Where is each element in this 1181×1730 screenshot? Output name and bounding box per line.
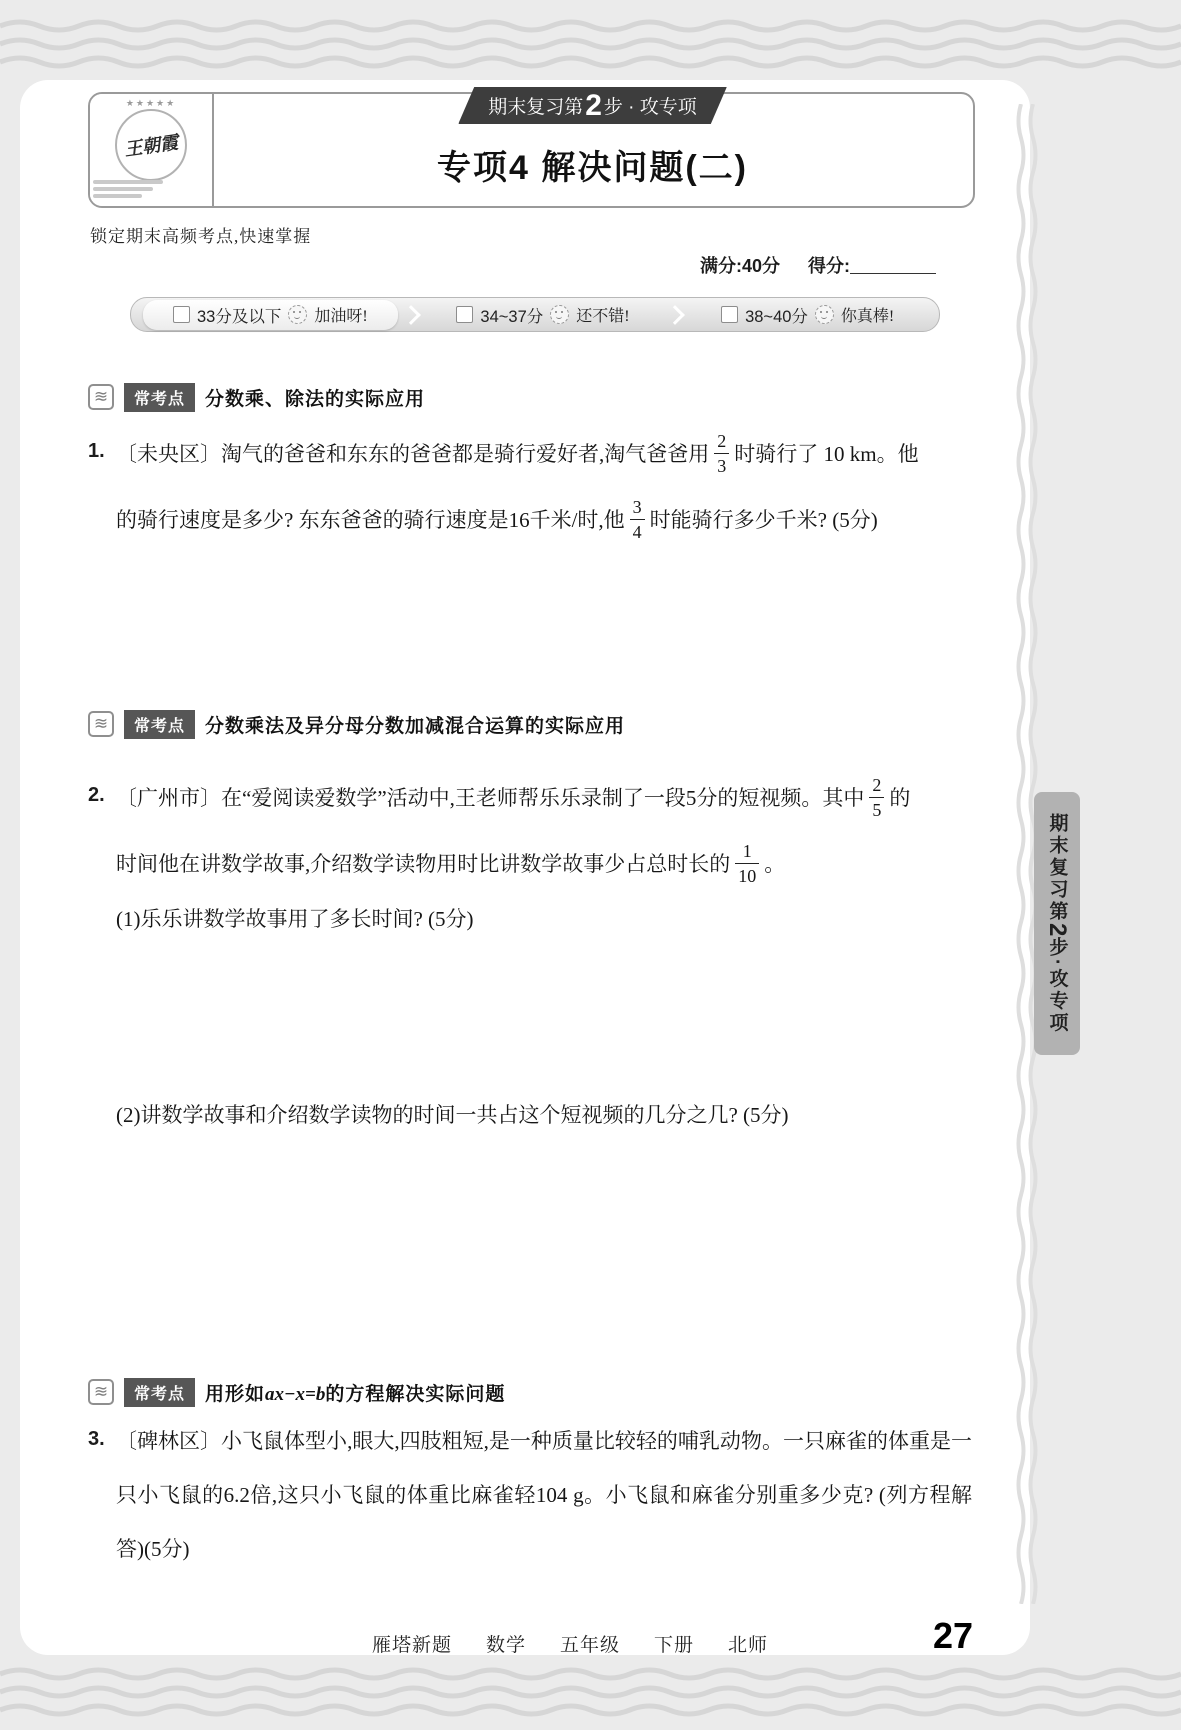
score-range-mid: 34~37分 还不错! [424,303,663,327]
question-body: 〔广州市〕在“爱阅读爱数学”活动中,王老师帮乐乐录制了一段5分的短视频。其中25… [116,764,972,1136]
footer-item: 雁塔新题 [372,1630,452,1657]
smiley-icon [550,305,569,324]
question-text: 时骑行了 10 km。他 [734,438,918,468]
question-text: 时能骑行多少千米? (5分) [650,504,878,534]
checkbox-icon [173,306,190,323]
question-text: 时间他在讲数学故事,介绍数学读物用时比讲数学故事少占总时长的 [116,848,730,878]
footer-item: 下册 [654,1630,694,1657]
range-remark: 你真棒! [841,303,894,326]
section-topic: 分数乘、除法的实际应用 [205,384,425,411]
range-label: 33分及以下 [197,303,281,327]
logo-circle-icon: 王朝霞 [115,109,187,181]
waves-icon: ≋ [88,384,114,410]
sidebar-step-number: 2 [1043,923,1071,936]
header-right: 期末复习第 2 步 · 攻专项 专项4 解决问题(二) [212,94,973,206]
question-text: 淘气的爸爸和东东的爸爸都是骑行爱好者,淘气爸爸用 [221,438,709,468]
section-topic: 分数乘法及异分母分数加减混合运算的实际应用 [205,711,625,738]
fraction: 23 [714,432,729,475]
question-text: 小飞鼠体型小,眼大,四肢粗短,是一种质量比较轻的哺乳动物。一只麻雀的体重是一只小… [116,1429,972,1561]
range-remark: 还不错! [576,303,629,326]
question-2: 2. 〔广州市〕在“爱阅读爱数学”活动中,王老师帮乐乐录制了一段5分的短视频。其… [88,764,972,1136]
fraction-numerator: 3 [630,498,645,519]
question-3: 3. 〔碑林区〕小飞鼠体型小,眼大,四肢粗短,是一种质量比较轻的哺乳动物。一只麻… [88,1414,972,1576]
question-line: 〔广州市〕在“爱阅读爱数学”活动中,王老师帮乐乐录制了一段5分的短视频。其中25… [116,764,972,830]
fraction-denominator: 4 [630,519,645,541]
waves-icon: ≋ [88,711,114,737]
fraction-denominator: 10 [735,863,759,885]
topic-math: ax−x=b [265,1384,325,1405]
score-range-bar: 33分及以下 加油呀! 34~37分 还不错! 38~40分 你真棒! [130,297,940,332]
banner-text-pre: 期末复习第 [488,92,583,119]
smiley-icon [288,305,307,324]
range-label: 34~37分 [480,303,543,327]
footer-item: 五年级 [560,1630,620,1657]
sub-question-2: (2)讲数学故事和介绍数学读物的时间一共占这个短视频的几分之几? (5分) [116,1092,972,1136]
question-line: 时间他在讲数学故事,介绍数学读物用时比讲数学故事少占总时长的110。 [116,830,972,896]
section-header-1: ≋ 常考点 分数乘、除法的实际应用 [88,383,425,411]
question-text: 。 [764,848,785,878]
sidebar-step-tab: 期末复习第2步·攻专项 [1034,792,1080,1055]
question-text: 的 [889,782,910,812]
banner-text-post: 步 · 攻专项 [604,92,697,119]
question-body: 〔未央区〕淘气的爸爸和东东的爸爸都是骑行爱好者,淘气爸爸用23时骑行了 10 k… [116,420,972,552]
subtitle: 锁定期末高频考点,快速掌握 [90,222,311,247]
score-range-low: 33分及以下 加油呀! [143,300,398,330]
fraction-denominator: 5 [869,797,884,819]
fraction-denominator: 3 [714,453,729,475]
section-badge: 常考点 [124,1378,195,1407]
section-badge: 常考点 [124,710,195,739]
score-blank [850,257,936,274]
brand-name: 王朝霞 [122,128,179,161]
brand-logo: ★★★★★ 王朝霞 [90,94,214,206]
region-tag: 〔未央区〕 [116,438,221,468]
range-remark: 加油呀! [314,303,367,326]
smiley-icon [815,305,834,324]
question-line: 〔未央区〕淘气的爸爸和东东的爸爸都是骑行爱好者,淘气爸爸用23时骑行了 10 k… [116,420,972,486]
question-number: 2. [88,764,116,1136]
question-1: 1. 〔未央区〕淘气的爸爸和东东的爸爸都是骑行爱好者,淘气爸爸用23时骑行了 1… [88,420,972,552]
fraction: 110 [735,842,759,885]
footer-item: 数学 [486,1630,526,1657]
footer: 雁塔新题 数学 五年级 下册 北师 [330,1630,810,1657]
score-line: 满分:40分 得分: [700,252,960,278]
footer-item: 北师 [728,1630,768,1657]
fraction-numerator: 2 [714,432,729,453]
region-tag: 〔碑林区〕 [116,1429,221,1453]
wave-decoration-top [0,12,1181,84]
sidebar-text-post: 步·攻专项 [1044,937,1071,1034]
range-label: 38~40分 [745,303,808,327]
wave-decoration-bottom [0,1660,1181,1728]
chevron-right-icon [665,305,685,325]
question-line: 的骑行速度是多少? 东东爸爸的骑行速度是16千米/时,他34时能骑行多少千米? … [116,486,972,552]
got-score-label: 得分: [808,256,850,276]
topic-text: 用形如 [205,1384,265,1405]
fraction: 34 [630,498,645,541]
question-paragraph: 〔碑林区〕小飞鼠体型小,眼大,四肢粗短,是一种质量比较轻的哺乳动物。一只麻雀的体… [116,1414,972,1576]
question-text: 的骑行速度是多少? 东东爸爸的骑行速度是16千米/时,他 [116,504,625,534]
checkbox-icon [721,306,738,323]
banner-step-number: 2 [585,91,602,121]
section-header-2: ≋ 常考点 分数乘法及异分母分数加减混合运算的实际应用 [88,710,625,738]
section-badge: 常考点 [124,383,195,412]
question-body: 〔碑林区〕小飞鼠体型小,眼大,四肢粗短,是一种质量比较轻的哺乳动物。一只麻雀的体… [116,1414,972,1576]
topic-text: 的方程解决实际问题 [325,1384,505,1405]
step-banner: 期末复习第 2 步 · 攻专项 [458,87,727,124]
score-range-high: 38~40分 你真棒! [688,303,927,327]
header-box: ★★★★★ 王朝霞 期末复习第 2 步 · 攻专项 专项4 解决问题(二) [88,92,975,208]
checkbox-icon [456,306,473,323]
question-number: 1. [88,420,116,552]
section-topic: 用形如ax−x=b的方程解决实际问题 [205,1379,505,1406]
stars-icon: ★★★★★ [90,99,212,109]
question-text: 在“爱阅读爱数学”活动中,王老师帮乐乐录制了一段5分的短视频。其中 [221,782,864,812]
section-header-3: ≋ 常考点 用形如ax−x=b的方程解决实际问题 [88,1378,505,1406]
fraction-numerator: 2 [869,776,884,797]
logo-wave-lines-icon [93,177,163,201]
page-title: 专项4 解决问题(二) [212,140,973,189]
workbook-page: { "ui": { "badge_icon": "≋", "stars_icon… [0,0,1181,1730]
chevron-right-icon [401,305,421,325]
question-number: 3. [88,1414,116,1576]
full-score-label: 满分:40分 [700,256,780,276]
sub-question-1: (1)乐乐讲数学故事用了多长时间? (5分) [116,896,972,940]
fraction: 25 [869,776,884,819]
fraction-numerator: 1 [740,842,755,863]
sidebar-text-pre: 期末复习第 [1044,813,1071,923]
page-number: 27 [933,1615,973,1657]
waves-icon: ≋ [88,1379,114,1405]
region-tag: 〔广州市〕 [116,782,221,812]
